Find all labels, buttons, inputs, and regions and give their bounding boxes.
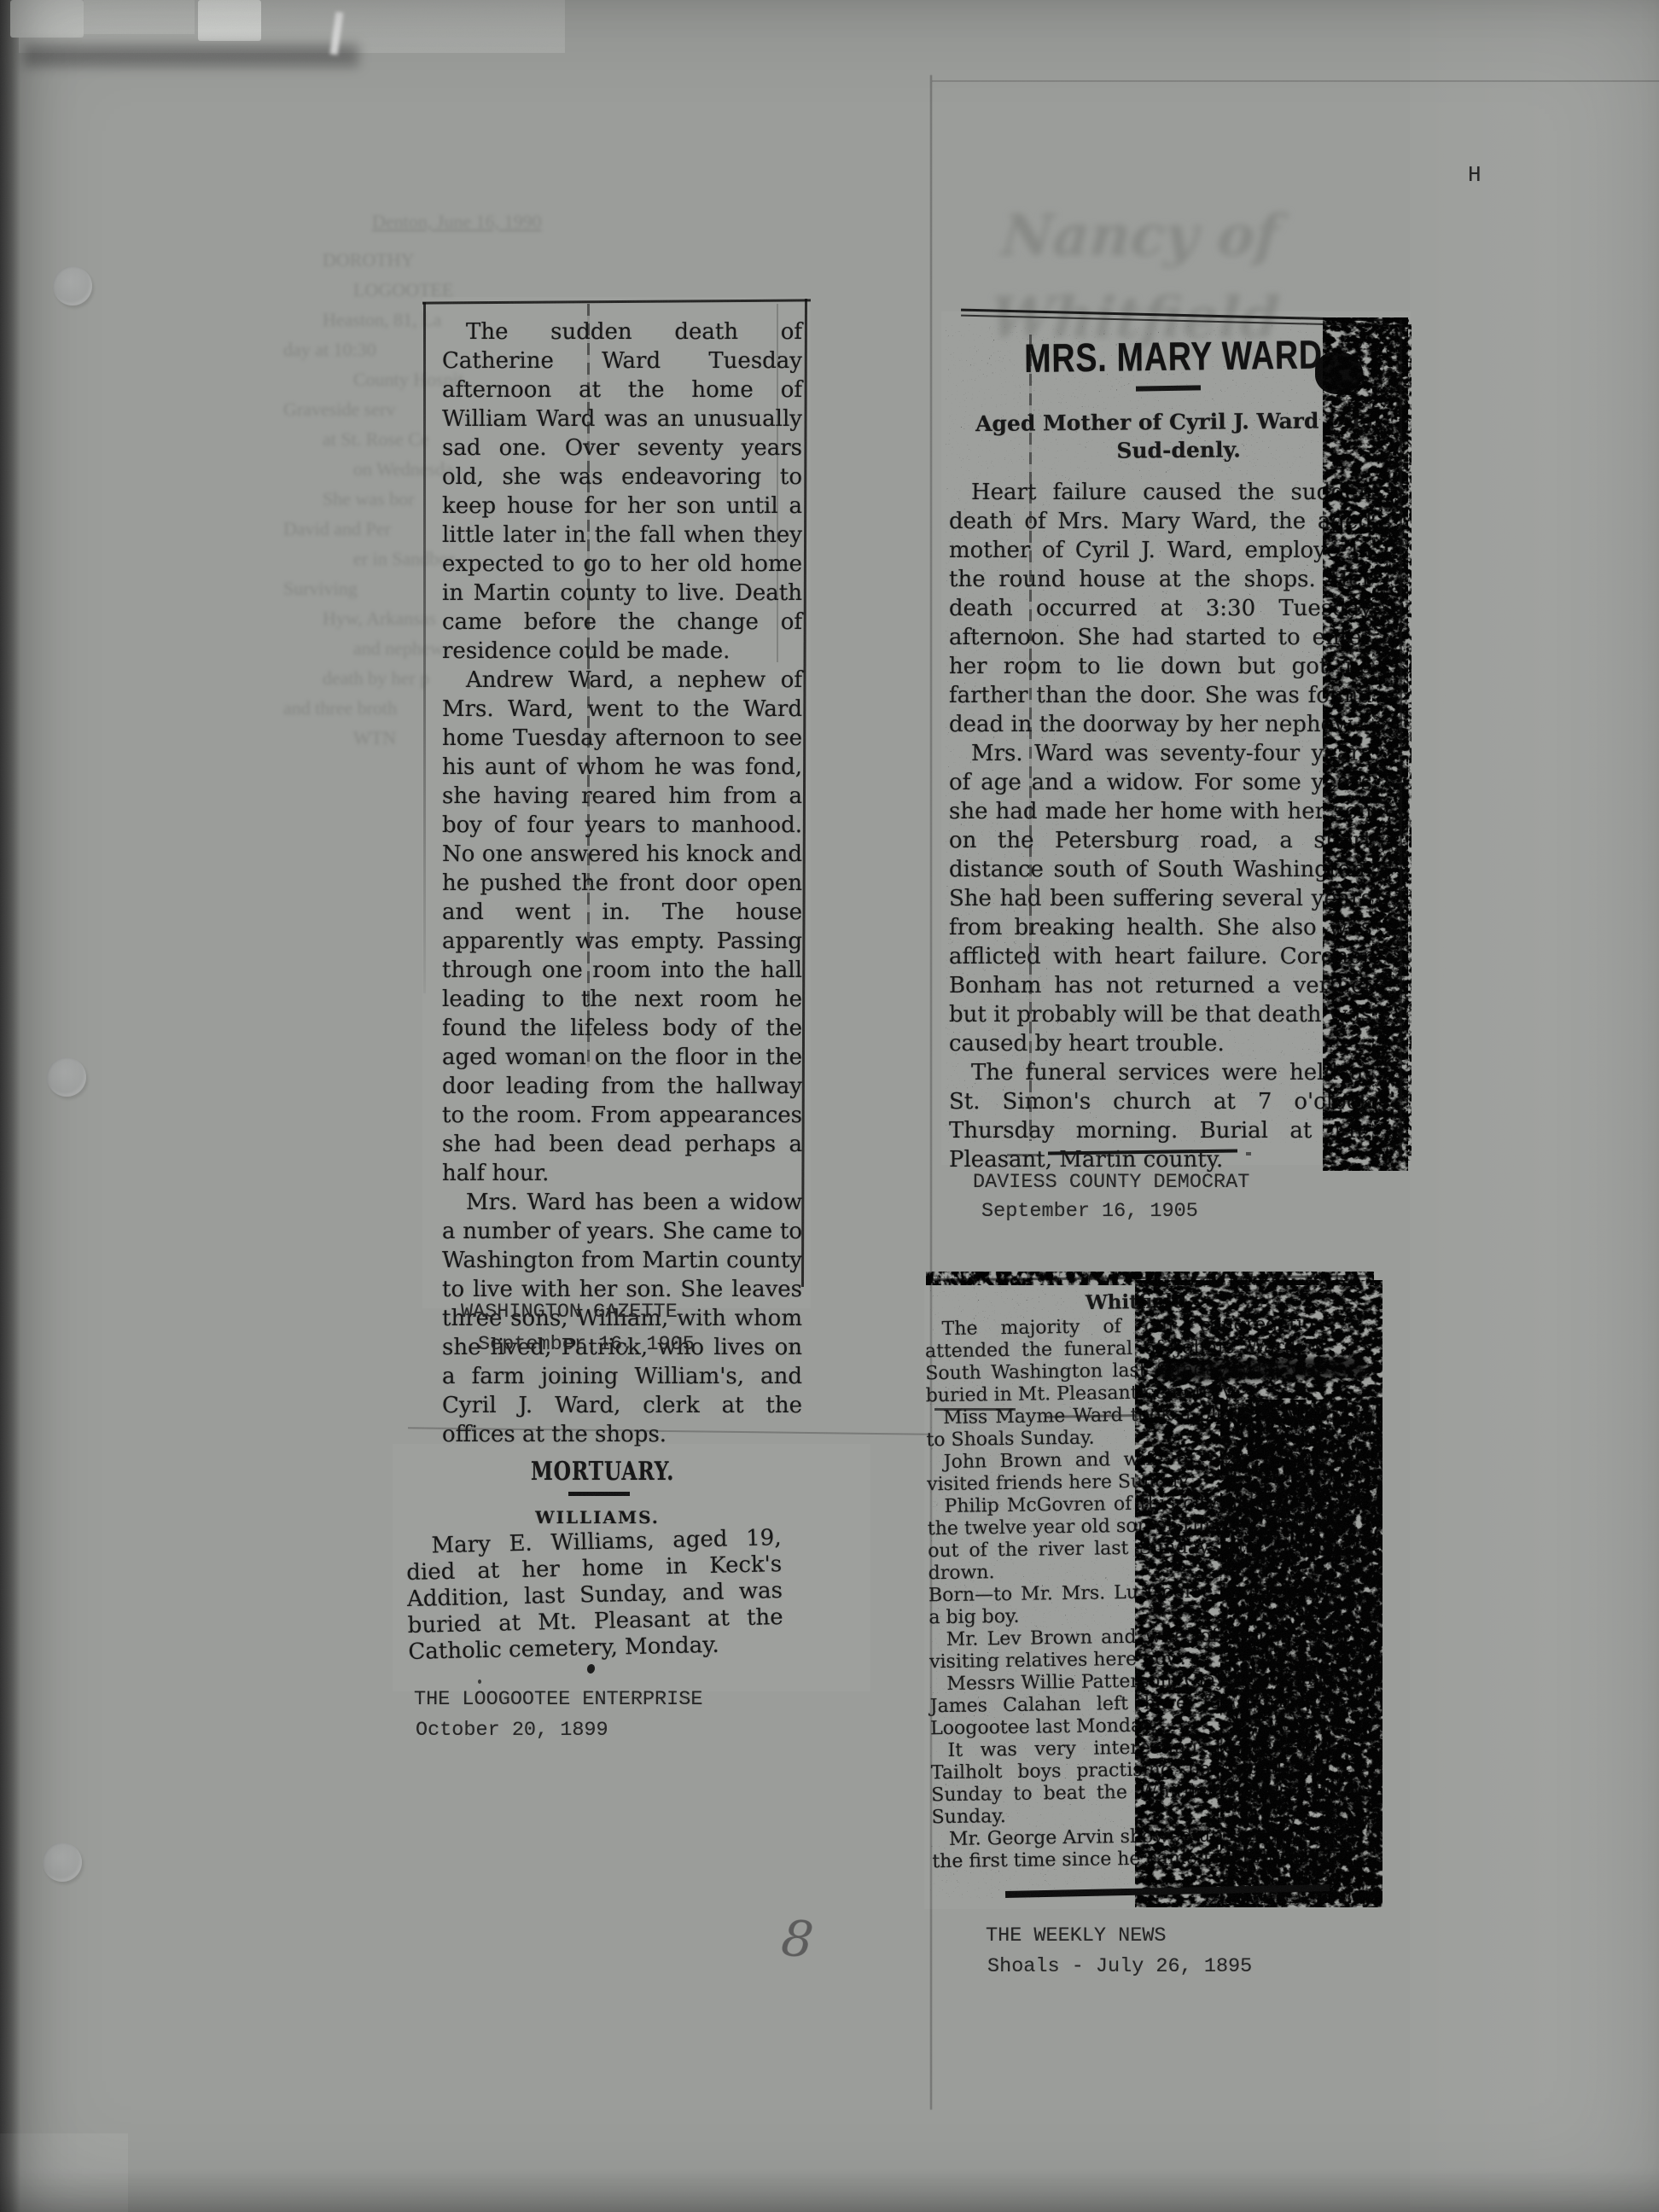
bottom-shade bbox=[0, 2168, 1659, 2212]
article-paragraph: Andrew Ward, a nephew of Mrs. Ward, went… bbox=[442, 666, 802, 1188]
source-caption-name: THE LOOGOOTEE ENTERPRISE bbox=[414, 1688, 702, 1711]
clipping-left-border bbox=[423, 302, 426, 993]
mary-ward-subheadline: Aged Mother of Cyril J. Ward Died Sud-de… bbox=[961, 406, 1397, 466]
heading-rule bbox=[568, 1492, 630, 1496]
rule-dot bbox=[1246, 1152, 1251, 1155]
hole-punch bbox=[47, 1057, 86, 1097]
bleed-line: Denton, June 16, 1990 bbox=[283, 207, 616, 236]
page-corner-letter: H bbox=[1468, 162, 1481, 188]
mortuary-body: Mary E. Williams, aged 19, died at her h… bbox=[405, 1525, 783, 1666]
ink-speck bbox=[478, 1679, 481, 1684]
news-item: Messrs Willie Patterson, Clay Aupry and … bbox=[929, 1668, 1331, 1741]
source-caption-date: September 16, 1905 bbox=[981, 1200, 1198, 1223]
article-paragraph: The funeral services were held at St. Si… bbox=[949, 1058, 1372, 1174]
source-caption-date: September 16, 1905 bbox=[478, 1333, 695, 1356]
tape-piece bbox=[84, 0, 195, 34]
mortuary-heading: MORTUARY. bbox=[531, 1457, 664, 1487]
bleed-line: DOROTHY bbox=[283, 245, 616, 275]
source-caption-date: October 20, 1899 bbox=[416, 1719, 608, 1742]
scanned-scrapbook-page: Nancy of Whitfield Denton, June 16, 1990… bbox=[0, 0, 1659, 2212]
clipping-right-border bbox=[1400, 320, 1402, 1161]
right-page-band bbox=[1410, 0, 1659, 2212]
news-item: Mr. George Arvin showed up Sunday for th… bbox=[932, 1824, 1334, 1874]
pencil-page-number: 8 bbox=[779, 1908, 817, 1969]
news-item: John Brown and wife of near Shoals visit… bbox=[927, 1447, 1329, 1497]
tape-piece bbox=[198, 0, 261, 41]
ink-speck bbox=[1353, 338, 1362, 348]
news-item: It was very interesting to see the Tailh… bbox=[930, 1735, 1332, 1830]
article-paragraph: Mrs. Ward was seventy-four years of age … bbox=[949, 739, 1372, 1058]
hole-punch bbox=[53, 266, 92, 306]
mary-ward-headline: MRS. MARY WARD bbox=[1024, 330, 1338, 381]
source-caption-name: DAVIESS COUNTY DEMOCRAT bbox=[973, 1171, 1249, 1194]
bleed-through-line: Nancy of bbox=[954, 195, 1327, 276]
article-paragraph: The sudden death of Catherine Ward Tuesd… bbox=[442, 317, 802, 666]
article-paragraph: Mary E. Williams, aged 19, died at her h… bbox=[405, 1525, 783, 1666]
ink-blot bbox=[1315, 352, 1363, 394]
mary-ward-article-body: Heart failure caused the sudden death of… bbox=[949, 478, 1372, 1174]
source-caption-date: Shoals - July 26, 1895 bbox=[987, 1955, 1252, 1978]
catherine-ward-article-body: The sudden death of Catherine Ward Tuesd… bbox=[442, 317, 802, 1449]
bottom-left-light-patch bbox=[0, 2133, 128, 2212]
tape-piece bbox=[10, 0, 84, 38]
ink-smear bbox=[1161, 1357, 1365, 1381]
scan-left-edge bbox=[0, 0, 20, 2212]
underline-mark bbox=[934, 1408, 1016, 1411]
top-edge-shadow bbox=[24, 44, 358, 67]
hole-punch bbox=[43, 1842, 82, 1882]
news-item: Mr. Lev Brown and wife, of Shoals are vi… bbox=[929, 1624, 1331, 1674]
whitfield-heading: Whitfield. bbox=[1084, 1289, 1195, 1314]
source-caption-name: WASHINGTON GAZETTE bbox=[461, 1301, 678, 1324]
article-paragraph: Heart failure caused the sudden death of… bbox=[949, 478, 1372, 739]
source-caption-name: THE WEEKLY NEWS bbox=[986, 1924, 1167, 1947]
rule-dash bbox=[1007, 1154, 1041, 1156]
news-item: Philip McGovren of this city helped get … bbox=[927, 1491, 1329, 1586]
whitfield-article-body: The majority of our congregation attende… bbox=[924, 1313, 1333, 1873]
mortuary-subheading: WILLIAMS. bbox=[521, 1507, 674, 1528]
news-item: Born—to Mr. Mrs. Lu Goolee last Friday, … bbox=[928, 1580, 1330, 1630]
fold-horizontal-line bbox=[932, 80, 1659, 82]
